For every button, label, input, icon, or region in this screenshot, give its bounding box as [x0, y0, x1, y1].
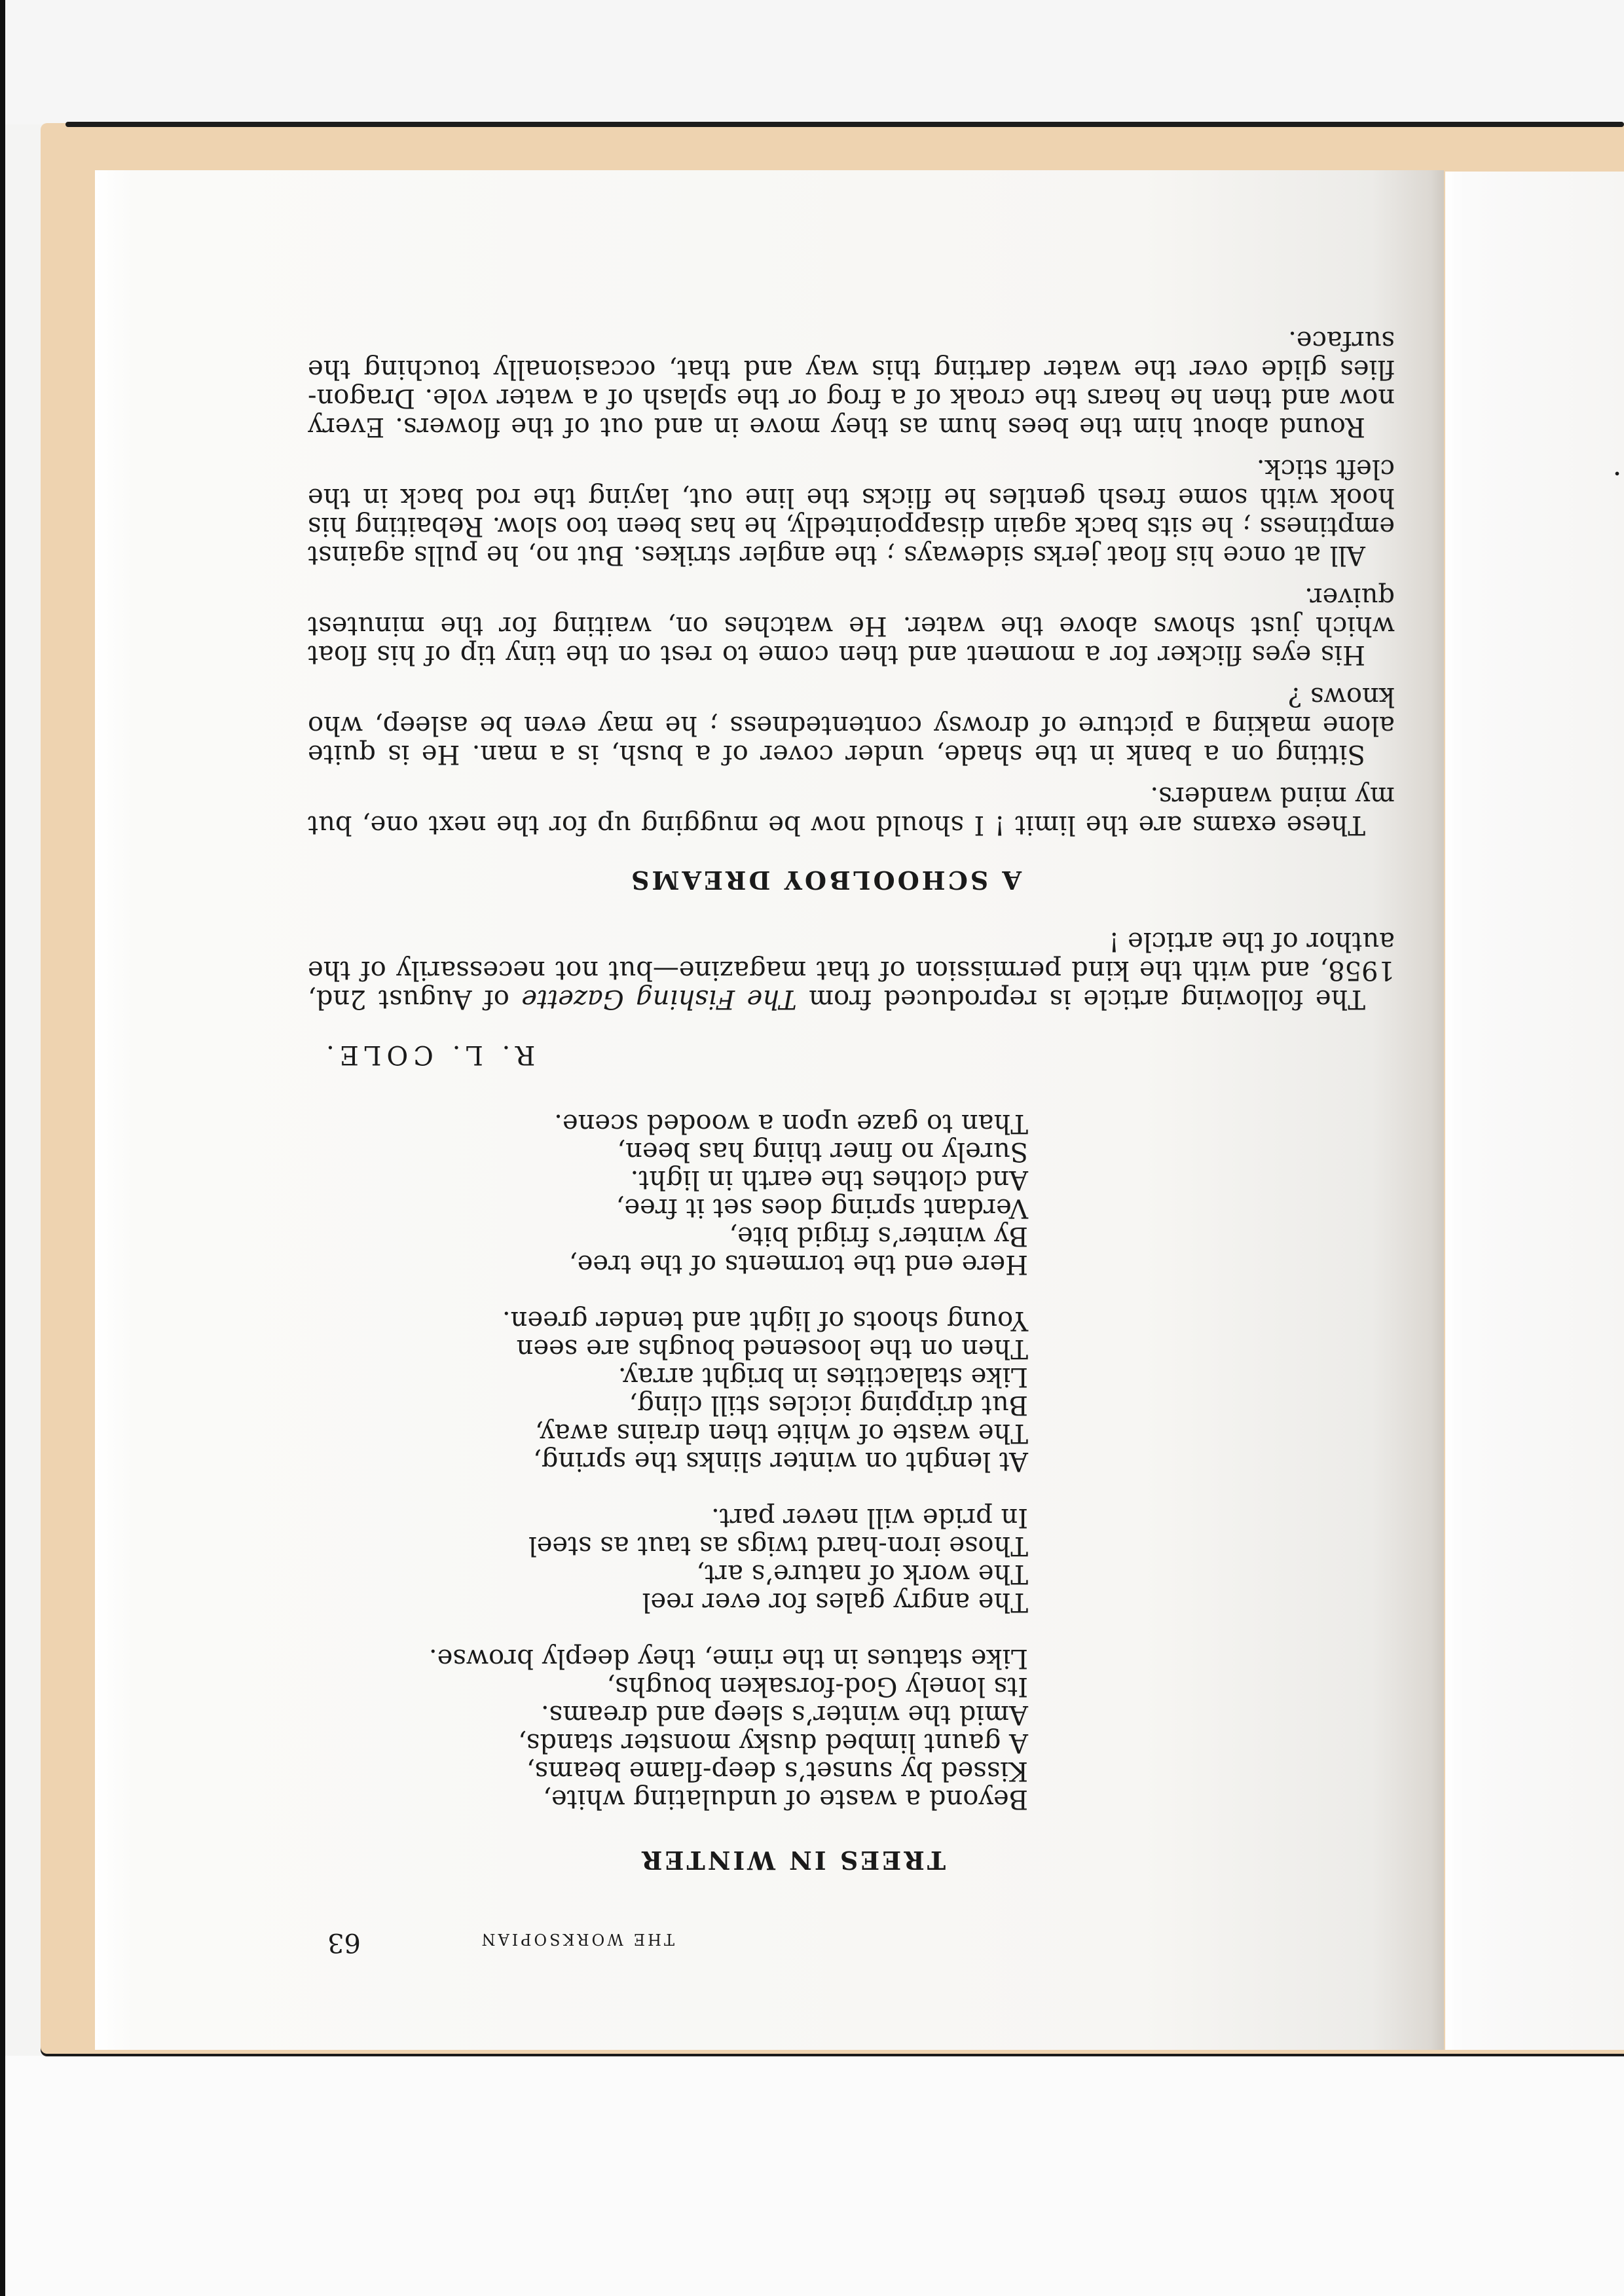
fragment-line: the	[1445, 1706, 1624, 1734]
poem-author: R. L. COLE.	[308, 1040, 1447, 1070]
right-page-clip: withtheh asrenttres,andal tothatownthatw…	[1445, 172, 1624, 2050]
fragment-line: and	[1445, 1537, 1624, 1565]
fragment-line: erald	[1445, 1256, 1624, 1284]
fragment-line	[1445, 552, 1624, 580]
fragment-line: ucing	[1445, 974, 1624, 1002]
fragment-line: n the	[1445, 580, 1624, 608]
fragment-line: ety ?	[1445, 1115, 1624, 1143]
fragment-line: rent	[1445, 1622, 1624, 1650]
fragment-line: ize as	[1445, 524, 1624, 552]
fragment-line: tres,	[1445, 1565, 1624, 1594]
article-paragraph: Sitting on a bank in the shade, under co…	[308, 682, 1395, 769]
right-page-content: withtheh asrenttres,andal tothatownthatw…	[1445, 322, 1624, 1762]
poem-line: Young shoots of light and tender green.	[308, 1306, 1028, 1334]
fragment-line	[1445, 1087, 1624, 1115]
fragment-line	[1445, 1594, 1624, 1622]
fragment-line: eater	[1445, 1143, 1624, 1171]
fragment-line: ound	[1445, 749, 1624, 777]
article-paragraph: These exams are the limit ! I should now…	[308, 782, 1395, 839]
right-page-fragments: withtheh asrenttres,andal tothatownthatw…	[1445, 467, 1624, 1762]
scan-background-top	[5, 0, 1624, 124]
poem-line: By winter’s frigid bite,	[308, 1222, 1028, 1250]
article-paragraph: His eyes flicker for a moment and then c…	[308, 583, 1395, 669]
fragment-line: n the	[1445, 693, 1624, 721]
fragment-line: ount	[1445, 1059, 1624, 1087]
fragment-line: verful	[1445, 777, 1624, 805]
fragment-line: gines	[1445, 918, 1624, 946]
scanner-edge	[0, 0, 5, 2296]
poem-line: Like statues in the rime, they deeply br…	[308, 1644, 1028, 1672]
fragment-line	[1445, 1340, 1624, 1368]
fragment-line: plete	[1445, 1030, 1624, 1059]
cover-edge-shadow	[65, 122, 1624, 127]
poem-line: The work of nature’s art,	[308, 1559, 1028, 1588]
fragment-line	[1445, 1678, 1624, 1706]
fragment-line: ists ;	[1445, 1312, 1624, 1340]
intro-text: The following article is reproduced from	[797, 984, 1365, 1014]
article-title: A SCHOOLBOY DREAMS	[308, 866, 1395, 894]
poem-body: Beyond a waste of undulating white, Kiss…	[308, 1109, 1447, 1813]
poem-line: At lenght on winter slinks the spring,	[308, 1447, 1028, 1475]
fragment-line: akish	[1445, 608, 1624, 636]
fragment-line: otes.	[1445, 1199, 1624, 1228]
fragment-line: h as	[1445, 1650, 1624, 1678]
fragment-line: of the	[1445, 833, 1624, 862]
left-page-content: THE WORKSOPIAN 63 TREES IN WINTER Beyond…	[308, 360, 1447, 1958]
fragment-line	[1445, 1002, 1624, 1030]
poem-line: And clothes the earth in light.	[308, 1165, 1028, 1194]
poem-line: Beyond a waste of undulating white,	[308, 1785, 1028, 1813]
poem-line: But dripping icicles still cling,	[308, 1391, 1028, 1419]
source-publication: The Fishing Gazette	[521, 984, 796, 1014]
poem-line: The angry gales for ever reel	[308, 1588, 1028, 1616]
fragment-line: litre	[1445, 496, 1624, 524]
fragment-line: iated	[1445, 636, 1624, 665]
intro-note: The following article is reproduced from…	[308, 927, 1395, 1013]
article-paragraph: All at once his float jerks sideways ; t…	[308, 454, 1395, 570]
fragment-line: with	[1445, 1734, 1624, 1762]
poem-line: Then on the loosened boughs are seen	[308, 1334, 1028, 1362]
poem-line: The waste of white then drains away,	[308, 1419, 1028, 1447]
fragment-line: own	[1445, 1425, 1624, 1453]
poem-line: Than to gaze upon a wooded scene.	[308, 1109, 1028, 1137]
poem-line: Those iron-hard twigs as taut as steel	[308, 1531, 1028, 1559]
fragment-line: which	[1445, 946, 1624, 974]
fragment-line: e are	[1445, 1284, 1624, 1312]
fragment-line: and	[1445, 1171, 1624, 1199]
fragment-line: was	[1445, 1368, 1624, 1396]
poem-line: Verdant spring does set it free,	[308, 1194, 1028, 1222]
poem-line: Its lonely God-forsaken boughs,	[308, 1672, 1028, 1700]
fragment-line	[1445, 805, 1624, 833]
article-paragraph: Round about him the bees hum as they mov…	[308, 326, 1395, 441]
fragment-line: of the	[1445, 721, 1624, 749]
stanza: The angry gales for ever reel The work o…	[308, 1503, 1028, 1616]
poem-line: Here end the torments of the tree,	[308, 1250, 1028, 1278]
poem-line: Kissed by sunset’s deep-flame beams,	[308, 1757, 1028, 1785]
poem-title: TREES IN WINTER	[308, 1846, 1447, 1875]
article-section: The following article is reproduced from…	[308, 326, 1447, 1013]
poem-line: A gaunt limbed dusky monster stands,	[308, 1728, 1028, 1757]
stanza: Beyond a waste of undulating white, Kiss…	[308, 1644, 1028, 1813]
fragment-line: nelli,	[1445, 1228, 1624, 1256]
fragment-line: that	[1445, 1453, 1624, 1481]
page-number: 63	[327, 1927, 361, 1958]
fragment-line: d the	[1445, 665, 1624, 693]
publication-title: THE WORKSOPIAN	[479, 1930, 674, 1948]
scan-background-bottom	[5, 2056, 1624, 2296]
stanza: At lenght on winter slinks the spring, T…	[308, 1306, 1028, 1475]
stanza: Here end the torments of the tree, By wi…	[308, 1109, 1028, 1278]
poem-line: Surely no finer thing has been,	[308, 1137, 1028, 1165]
fragment-line: al to	[1445, 1481, 1624, 1509]
poem-line: Amid the winter’s sleep and dreams.	[308, 1700, 1028, 1728]
fragment-line: oduce	[1445, 890, 1624, 918]
poem-line: In pride will never part.	[308, 1503, 1028, 1531]
fragment-line	[1445, 1509, 1624, 1537]
fragment-line: nd if	[1445, 862, 1624, 890]
poem-line: Like stalactites in bright array.	[308, 1362, 1028, 1391]
fragment-line: that	[1445, 1396, 1624, 1425]
fragment-title: MAN.	[1445, 467, 1624, 496]
running-head: THE WORKSOPIAN 63	[308, 1927, 1447, 1958]
